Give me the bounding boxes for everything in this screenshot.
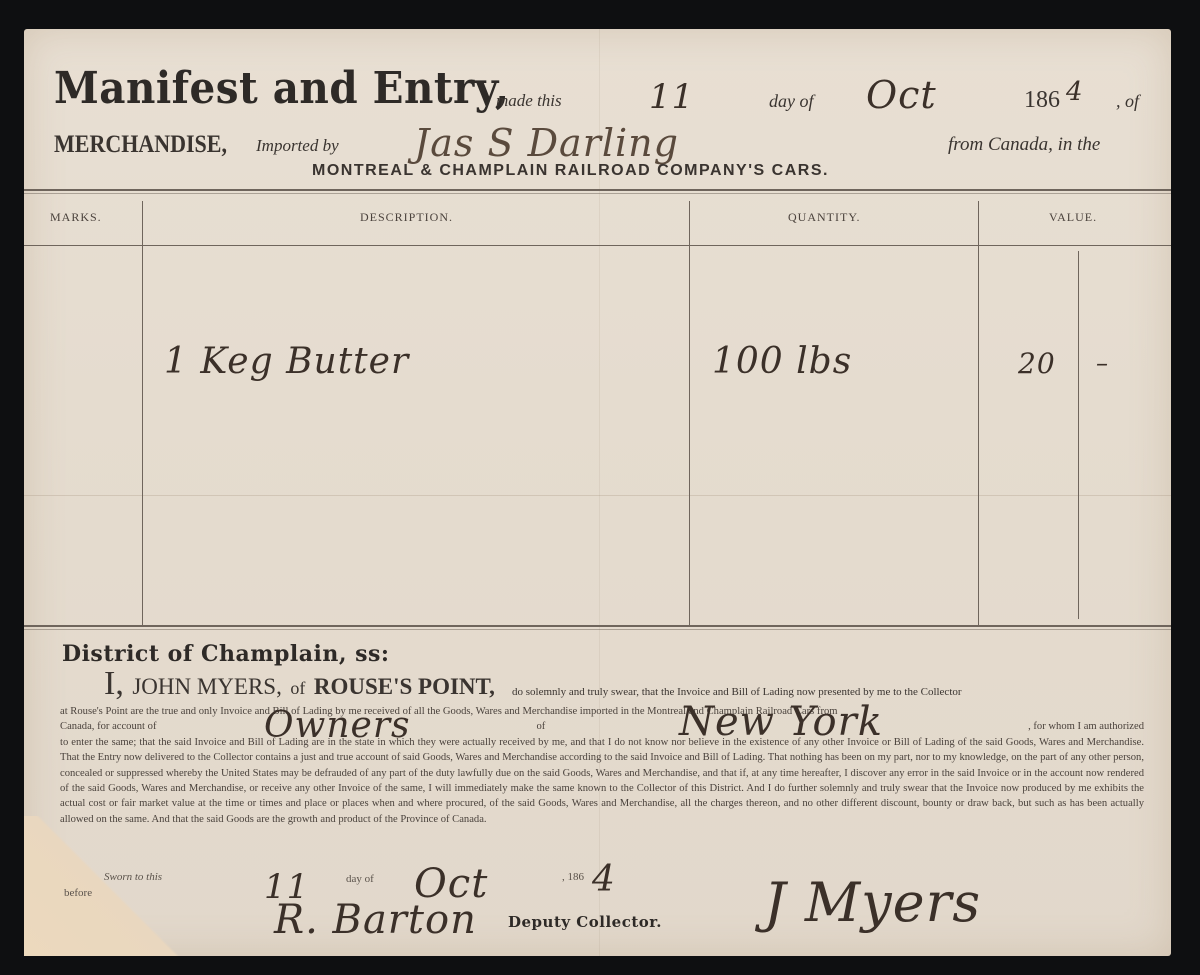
oath-body: at Rouse's Point are the true and only I… [60,704,1144,827]
day-of-label: day of [769,91,814,112]
row-value-cents: – [1096,349,1109,377]
sworn-day-of-label: day of [346,873,374,885]
of-word: of [290,678,305,698]
oath-intro: do solemnly and truly swear, that the In… [512,686,962,698]
account-of-place-label: of [536,719,545,734]
of-label: , of [1116,91,1139,112]
fold-crease-horizontal [24,495,1171,496]
col-divider-marks [142,201,143,625]
merchandise-label: MERCHANDISE, [54,131,227,159]
before-label: before [64,887,92,899]
year-suffix-handwritten: 4 [1066,77,1084,107]
oath-body-text: to enter the same; that the said Invoice… [60,735,1144,827]
table-top-rule [24,189,1171,191]
header-bottom-rule [24,245,1171,246]
col-divider-quantity [978,201,979,625]
oath-line-2: at Rouse's Point are the true and only I… [60,704,1144,719]
declarant-line: I, JOHN MYERS, of ROUSE'S POINT, [104,665,495,703]
sworn-year-handwritten: 4 [592,859,616,900]
row-description: 1 Keg Butter [164,341,409,382]
district-heading: District of Champlain, ss: [62,641,390,667]
document-title: Manifest and Entry, [54,63,509,114]
authorized-label: , for whom I am authorized [1028,719,1144,734]
collector-signature: R. Barton [274,897,477,943]
account-of-label: Canada, for account of [60,719,156,734]
year-prefix: 186 [1024,87,1060,114]
deputy-collector-label: Deputy Collector. [508,913,662,931]
imported-by-label: Imported by [256,136,339,156]
row-quantity: 100 lbs [712,341,852,382]
entry-month-handwritten: Oct [866,73,937,117]
entry-day-handwritten: 11 [649,77,694,117]
table-bottom-rule [24,625,1171,627]
declarant-place: ROUSE'S POINT, [314,674,495,699]
sworn-year-prefix: , 186 [562,871,584,883]
declarant-signature: J Myers [764,871,981,934]
col-divider-cents [1078,251,1079,619]
table-top-rule-thin [24,193,1171,194]
account-place-handwritten: New York [679,699,883,745]
manifest-document: Manifest and Entry, made this 11 day of … [24,29,1171,956]
account-of-handwritten: Owners [264,705,411,746]
column-header-marks: MARKS. [50,210,102,225]
declarant-name: JOHN MYERS, [132,674,282,699]
pronoun-i: I, [104,665,124,702]
railroad-company-label: MONTREAL & CHAMPLAIN RAILROAD COMPANY'S … [312,162,829,180]
column-header-value: VALUE. [1049,210,1097,225]
row-value-dollars: 20 [1018,347,1056,380]
made-this-label: made this [496,91,562,111]
from-canada-label: from Canada, in the [948,134,1100,156]
table-bottom-rule-thin [24,629,1171,630]
importer-name-handwritten: Jas S Darling [414,121,679,165]
column-header-quantity: QUANTITY. [788,210,860,225]
sworn-to-this-label: Sworn to this [104,871,162,883]
col-divider-description [689,201,690,625]
oath-line-3: Canada, for account of of , for whom I a… [60,719,1144,734]
column-header-description: DESCRIPTION. [360,210,453,225]
